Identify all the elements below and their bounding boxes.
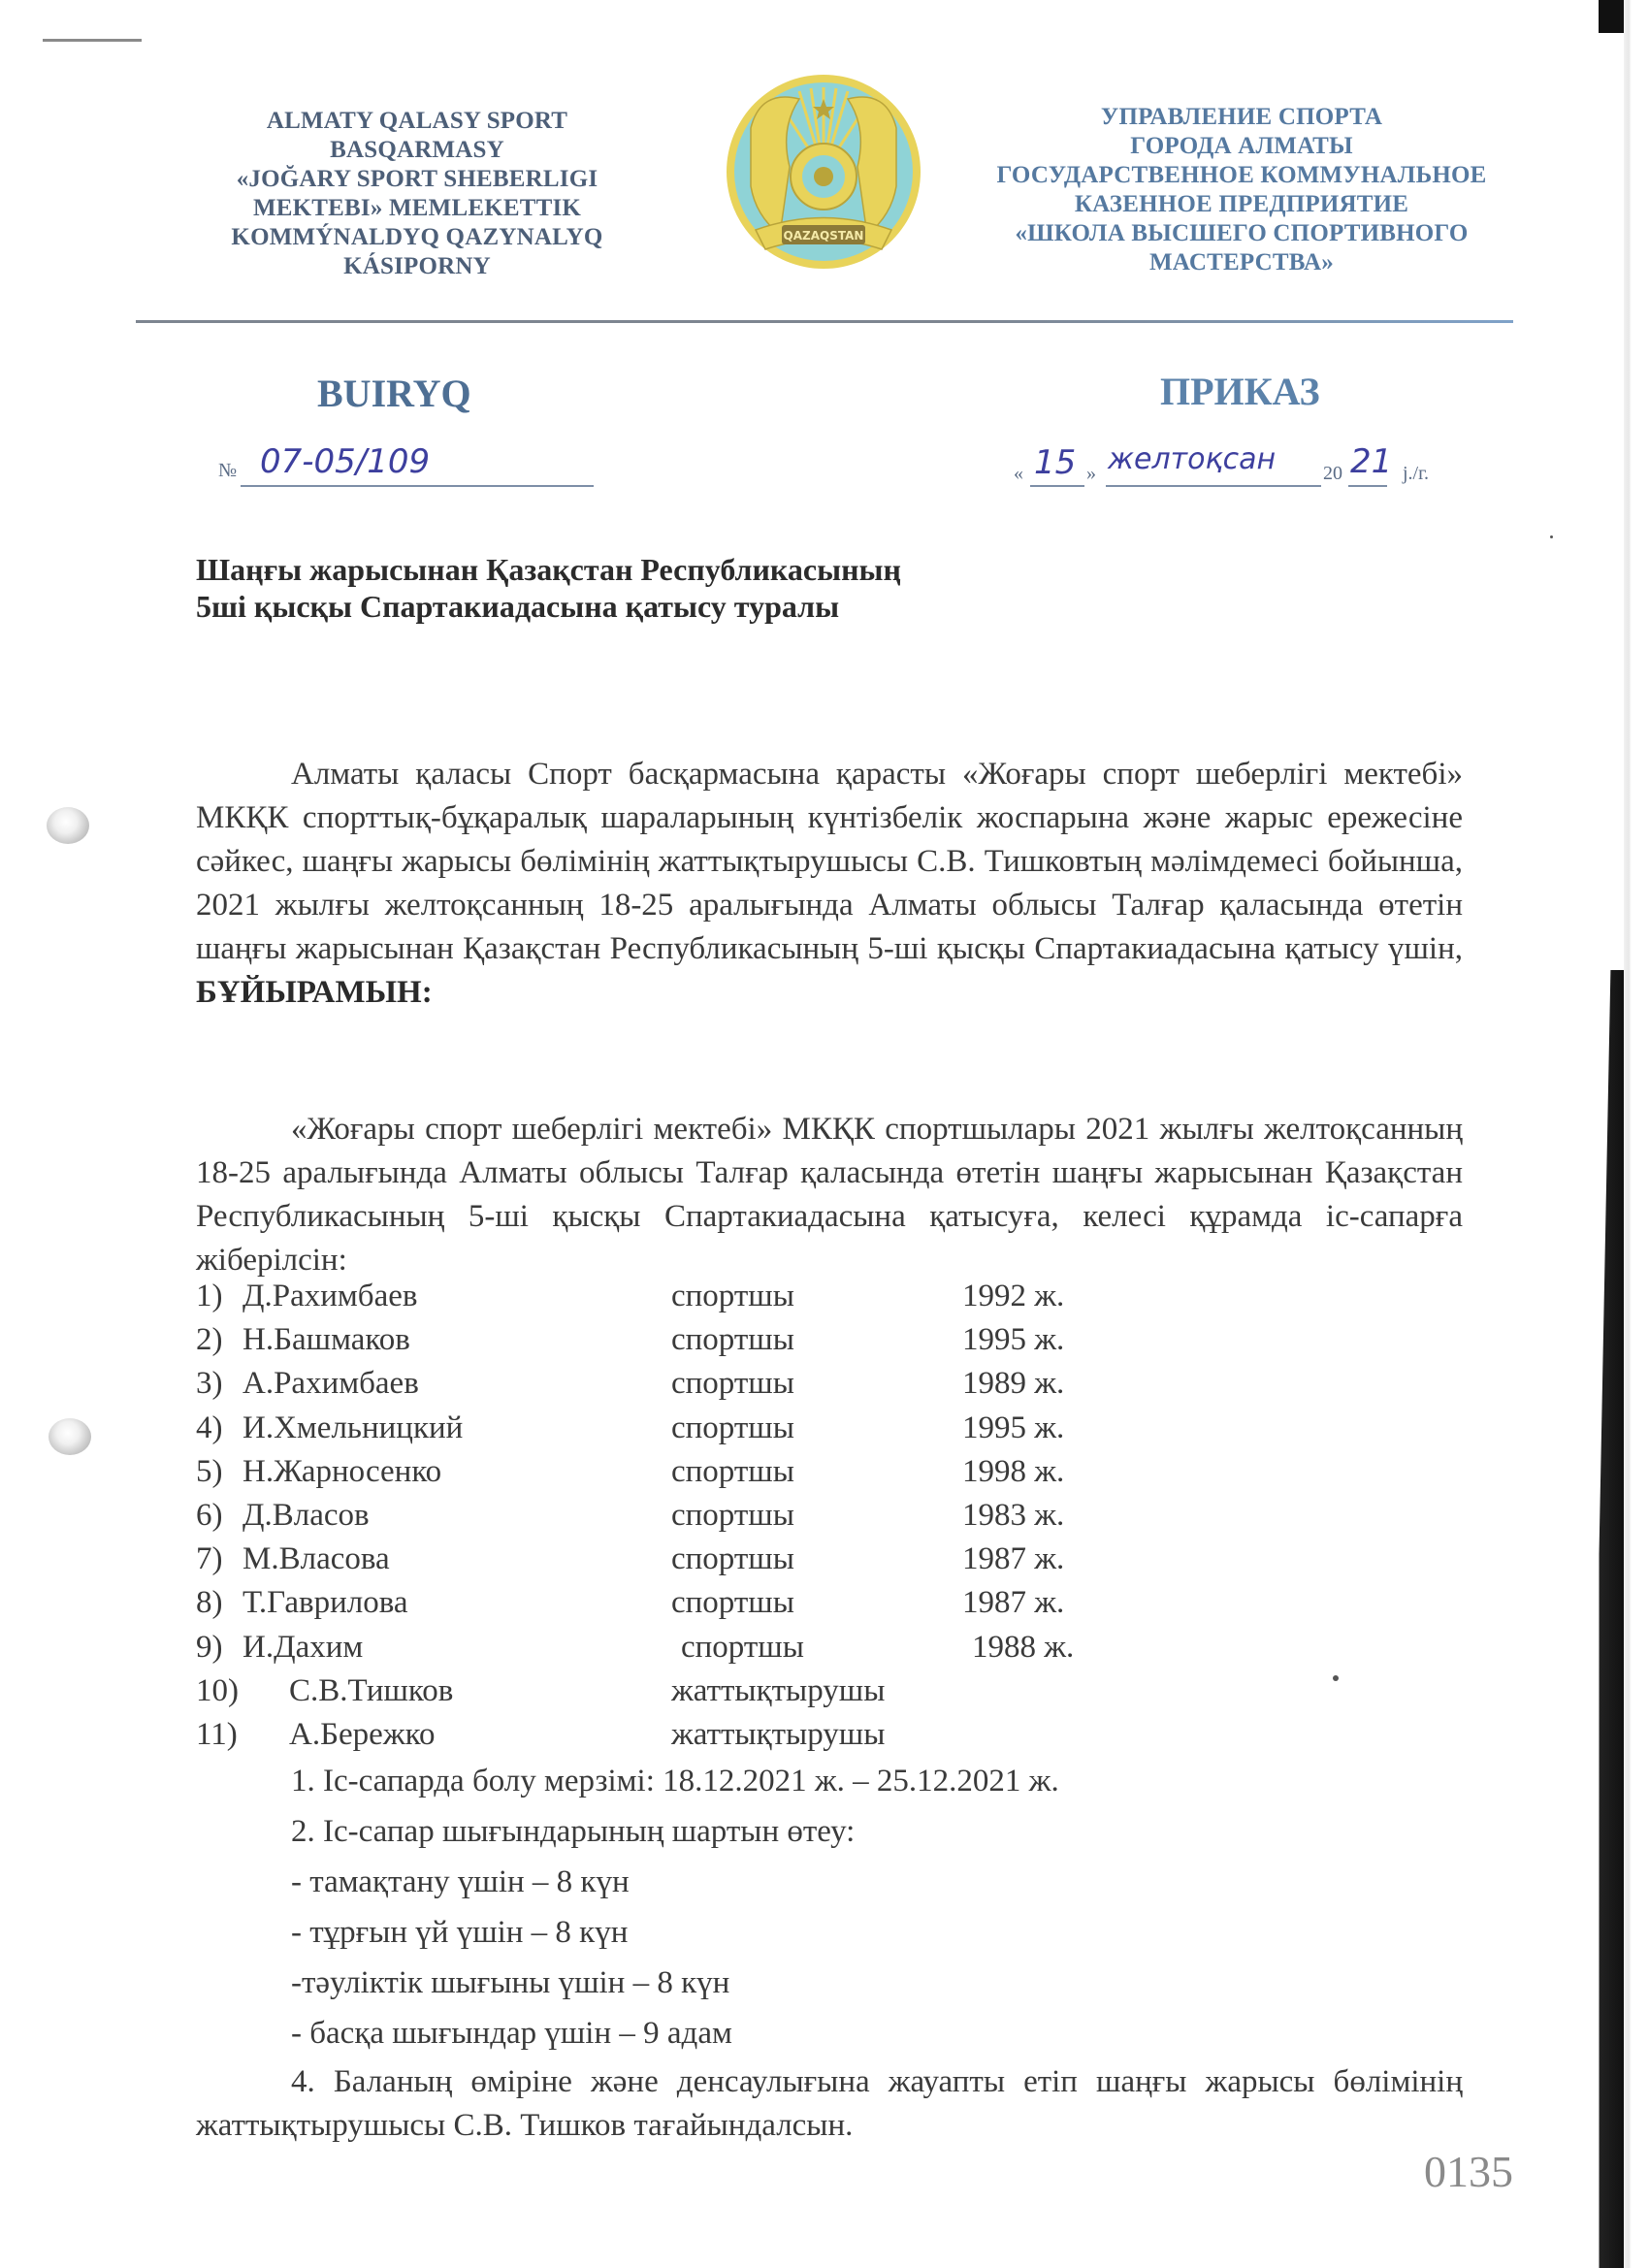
participant-number: 8) <box>196 1585 223 1621</box>
participant-number: 9) <box>196 1630 223 1666</box>
participant-name: С.В.Тишков <box>289 1673 453 1709</box>
participant-birth-year: 1995 ж. <box>962 1322 1064 1358</box>
participant-name: И.Хмельницкий <box>242 1410 463 1446</box>
order-word: БҰЙЫРАМЫН: <box>196 975 433 1010</box>
participant-name: Н.Жарносенко <box>242 1454 441 1490</box>
header-divider <box>136 320 1513 323</box>
participant-role: спортшы <box>681 1630 804 1666</box>
term-item: 1. Іс-сапарда болу мерзімі: 18.12.2021 ж… <box>291 1756 1358 1806</box>
participant-row: 6)Д.Власовспортшы1983 ж. <box>196 1498 1263 1541</box>
date-quote-open: « <box>1014 463 1023 485</box>
org-name-latin: ALMATY QALASY SPORT BASQARMASY «JOĞARY S… <box>194 107 640 281</box>
participant-number: 4) <box>196 1410 223 1446</box>
date-month-underline <box>1106 485 1321 487</box>
participant-role: спортшы <box>671 1454 794 1490</box>
participant-row: 7)М.Власоваспортшы1987 ж. <box>196 1541 1263 1585</box>
preamble-paragraph: Алматы қаласы Спорт басқармасына қарасты… <box>196 753 1463 1015</box>
participant-row: 10)С.В.Тишковжаттықтырушы <box>196 1673 1263 1717</box>
participant-name: Н.Башмаков <box>242 1322 410 1358</box>
order-subject: Шаңғы жарысынан Қазақстан Республикасыны… <box>196 551 901 625</box>
participant-row: 5)Н.Жарносенкоспортшы1998 ж. <box>196 1454 1263 1498</box>
participant-role: спортшы <box>671 1279 794 1314</box>
participant-number: 3) <box>196 1366 223 1402</box>
participant-number: 5) <box>196 1454 223 1490</box>
participant-birth-year: 1983 ж. <box>962 1498 1064 1534</box>
term-item: - басқа шығындар үшін – 9 адам <box>291 2008 1358 2058</box>
org-line: «ШКОЛА ВЫСШЕГО СПОРТИВНОГО <box>955 219 1528 248</box>
org-line: KÁSIPORNY <box>194 252 640 281</box>
org-line: ALMATY QALASY SPORT <box>194 107 640 136</box>
participant-number: 6) <box>196 1498 223 1534</box>
page-number: 0135 <box>1424 2146 1513 2197</box>
date-year-underline <box>1348 485 1387 487</box>
doc-type-kazakh: BUIRYQ <box>317 371 471 416</box>
participant-number: 1) <box>196 1279 223 1314</box>
date-month: желтоқсан <box>1108 442 1276 476</box>
responsibility-text: 4. Баланың өміріне және денсаулығына жау… <box>196 2064 1463 2143</box>
participant-name: Д.Власов <box>242 1498 370 1534</box>
participant-row: 3)А.Рахимбаевспортшы1989 ж. <box>196 1366 1263 1409</box>
participant-row: 11)А.Бережкожаттықтырушы <box>196 1717 1263 1761</box>
org-line: MEKTEBI» MEMLEKETTIK <box>194 194 640 223</box>
responsibility-paragraph: 4. Баланың өміріне және денсаулығына жау… <box>196 2060 1463 2148</box>
participant-birth-year: 1987 ж. <box>962 1541 1064 1577</box>
participant-number: 7) <box>196 1541 223 1577</box>
term-item: - тамақтану үшін – 8 күн <box>291 1857 1358 1907</box>
svg-text:QAZAQSTAN: QAZAQSTAN <box>784 229 864 243</box>
directive-paragraph: «Жоғары спорт шеберлігі мектебі» МКҚК сп… <box>196 1108 1463 1282</box>
participant-row: 9)И.Дахимспортшы1988 ж. <box>196 1630 1263 1673</box>
subject-line: 5ші қысқы Спартакиадасына қатысу туралы <box>196 588 901 625</box>
doc-type-russian: ПРИКАЗ <box>1160 369 1320 414</box>
participant-name: М.Власова <box>242 1541 390 1577</box>
participant-number: 2) <box>196 1322 223 1358</box>
speck <box>1550 535 1553 538</box>
org-line: МАСТЕРСТВА» <box>955 248 1528 277</box>
date-quote-close: » <box>1086 463 1096 485</box>
org-line: ГОРОДА АЛМАТЫ <box>955 132 1528 161</box>
participant-row: 2)Н.Башмаковспортшы1995 ж. <box>196 1322 1263 1366</box>
punch-hole-icon <box>48 1418 91 1455</box>
participant-birth-year: 1992 ж. <box>962 1279 1064 1314</box>
scan-edge-dark <box>1591 970 1624 2268</box>
participant-row: 8)Т.Гавриловаспортшы1987 ж. <box>196 1585 1263 1629</box>
participant-birth-year: 1995 ж. <box>962 1410 1064 1446</box>
date-century: 20 <box>1323 463 1342 485</box>
org-line: «JOĞARY SPORT SHEBERLIGI <box>194 165 640 194</box>
participant-row: 1)Д.Рахимбаевспортшы1992 ж. <box>196 1279 1263 1322</box>
participant-role: спортшы <box>671 1541 794 1577</box>
org-line: KOMMÝNALDYQ QAZYNALYQ <box>194 223 640 252</box>
state-emblem-icon: QAZAQSTAN <box>722 70 925 274</box>
participant-number: 11) <box>196 1717 238 1753</box>
participants-list: 1)Д.Рахимбаевспортшы1992 ж.2)Н.Башмаковс… <box>196 1279 1263 1761</box>
org-name-russian: УПРАВЛЕНИЕ СПОРТА ГОРОДА АЛМАТЫ ГОСУДАРС… <box>955 103 1528 277</box>
org-line: BASQARMASY <box>194 136 640 165</box>
subject-line: Шаңғы жарысынан Қазақстан Республикасыны… <box>196 551 901 588</box>
scan-edge <box>1624 0 1649 2268</box>
org-line: ГОСУДАРСТВЕННОЕ КОММУНАЛЬНОЕ <box>955 161 1528 190</box>
participant-birth-year: 1988 ж. <box>972 1630 1074 1666</box>
participant-role: жаттықтырушы <box>671 1717 885 1753</box>
scan-mark <box>43 39 142 42</box>
punch-hole-icon <box>47 807 89 844</box>
participant-role: спортшы <box>671 1498 794 1534</box>
participant-row: 4)И.Хмельницкийспортшы1995 ж. <box>196 1410 1263 1454</box>
participant-name: Д.Рахимбаев <box>242 1279 417 1314</box>
org-line: УПРАВЛЕНИЕ СПОРТА <box>955 103 1528 132</box>
date-year: 21 <box>1350 442 1392 481</box>
participant-number: 10) <box>196 1673 239 1709</box>
terms-list: 1. Іс-сапарда болу мерзімі: 18.12.2021 ж… <box>291 1756 1358 2058</box>
order-number: 07-05/109 <box>260 442 430 481</box>
participant-role: спортшы <box>671 1322 794 1358</box>
participant-role: спортшы <box>671 1410 794 1446</box>
scan-edge-dark-top <box>1599 0 1624 33</box>
preamble-text: Алматы қаласы Спорт басқармасына қарасты… <box>196 757 1463 966</box>
participant-name: И.Дахим <box>242 1630 363 1666</box>
participant-role: спортшы <box>671 1585 794 1621</box>
directive-text: «Жоғары спорт шеберлігі мектебі» МКҚК сп… <box>196 1112 1463 1278</box>
participant-birth-year: 1989 ж. <box>962 1366 1064 1402</box>
number-label: № <box>218 460 237 482</box>
participant-name: Т.Гаврилова <box>242 1585 408 1621</box>
term-item: - тұрғын үй үшін – 8 күн <box>291 1907 1358 1958</box>
participant-role: спортшы <box>671 1366 794 1402</box>
participant-name: А.Бережко <box>289 1717 435 1753</box>
date-suffix: j./г. <box>1403 463 1429 485</box>
date-day: 15 <box>1034 443 1076 482</box>
participant-name: А.Рахимбаев <box>242 1366 419 1402</box>
org-line: КАЗЕННОЕ ПРЕДПРИЯТИЕ <box>955 190 1528 219</box>
participant-role: жаттықтырушы <box>671 1673 885 1709</box>
number-underline <box>241 485 594 487</box>
speck <box>1333 1675 1339 1681</box>
date-day-underline <box>1030 485 1084 487</box>
term-item: 2. Іс-сапар шығындарының шартын өтеу: <box>291 1806 1358 1857</box>
term-item: -тәуліктік шығыны үшін – 8 күн <box>291 1958 1358 2008</box>
participant-birth-year: 1998 ж. <box>962 1454 1064 1490</box>
participant-birth-year: 1987 ж. <box>962 1585 1064 1621</box>
